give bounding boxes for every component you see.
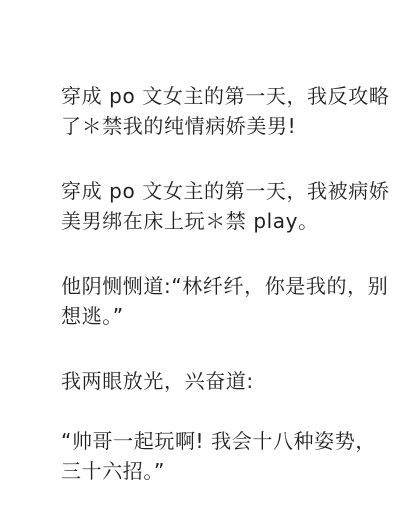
text-line: 穿成 po 文女主的第一天，我反攻略 [61, 81, 343, 111]
paragraph: 穿成 po 文女主的第一天，我被病娇 美男绑在床上玩＊禁 play。 [61, 176, 343, 236]
text-line: 穿成 po 文女主的第一天，我被病娇 [61, 176, 343, 206]
text-line: 想逃。” [61, 301, 343, 331]
text-line: 了＊禁我的纯情病娇美男! [61, 111, 343, 141]
paragraph: 他阴恻恻道:“林纤纤，你是我的，别 想逃。” [61, 271, 343, 331]
text-line: 他阴恻恻道:“林纤纤，你是我的，别 [61, 271, 343, 301]
paragraph: 穿成 po 文女主的第一天，我反攻略 了＊禁我的纯情病娇美男! [61, 81, 343, 141]
text-line: 美男绑在床上玩＊禁 play。 [61, 206, 343, 236]
paragraph: “帅哥一起玩啊! 我会十八种姿势， 三十六招。” [61, 426, 343, 486]
text-line: 我两眼放光，兴奋道: [61, 366, 343, 396]
text-line: 三十六招。” [61, 456, 343, 486]
text-line: “帅哥一起玩啊! 我会十八种姿势， [61, 426, 343, 456]
paragraph: 我两眼放光，兴奋道: [61, 366, 343, 396]
